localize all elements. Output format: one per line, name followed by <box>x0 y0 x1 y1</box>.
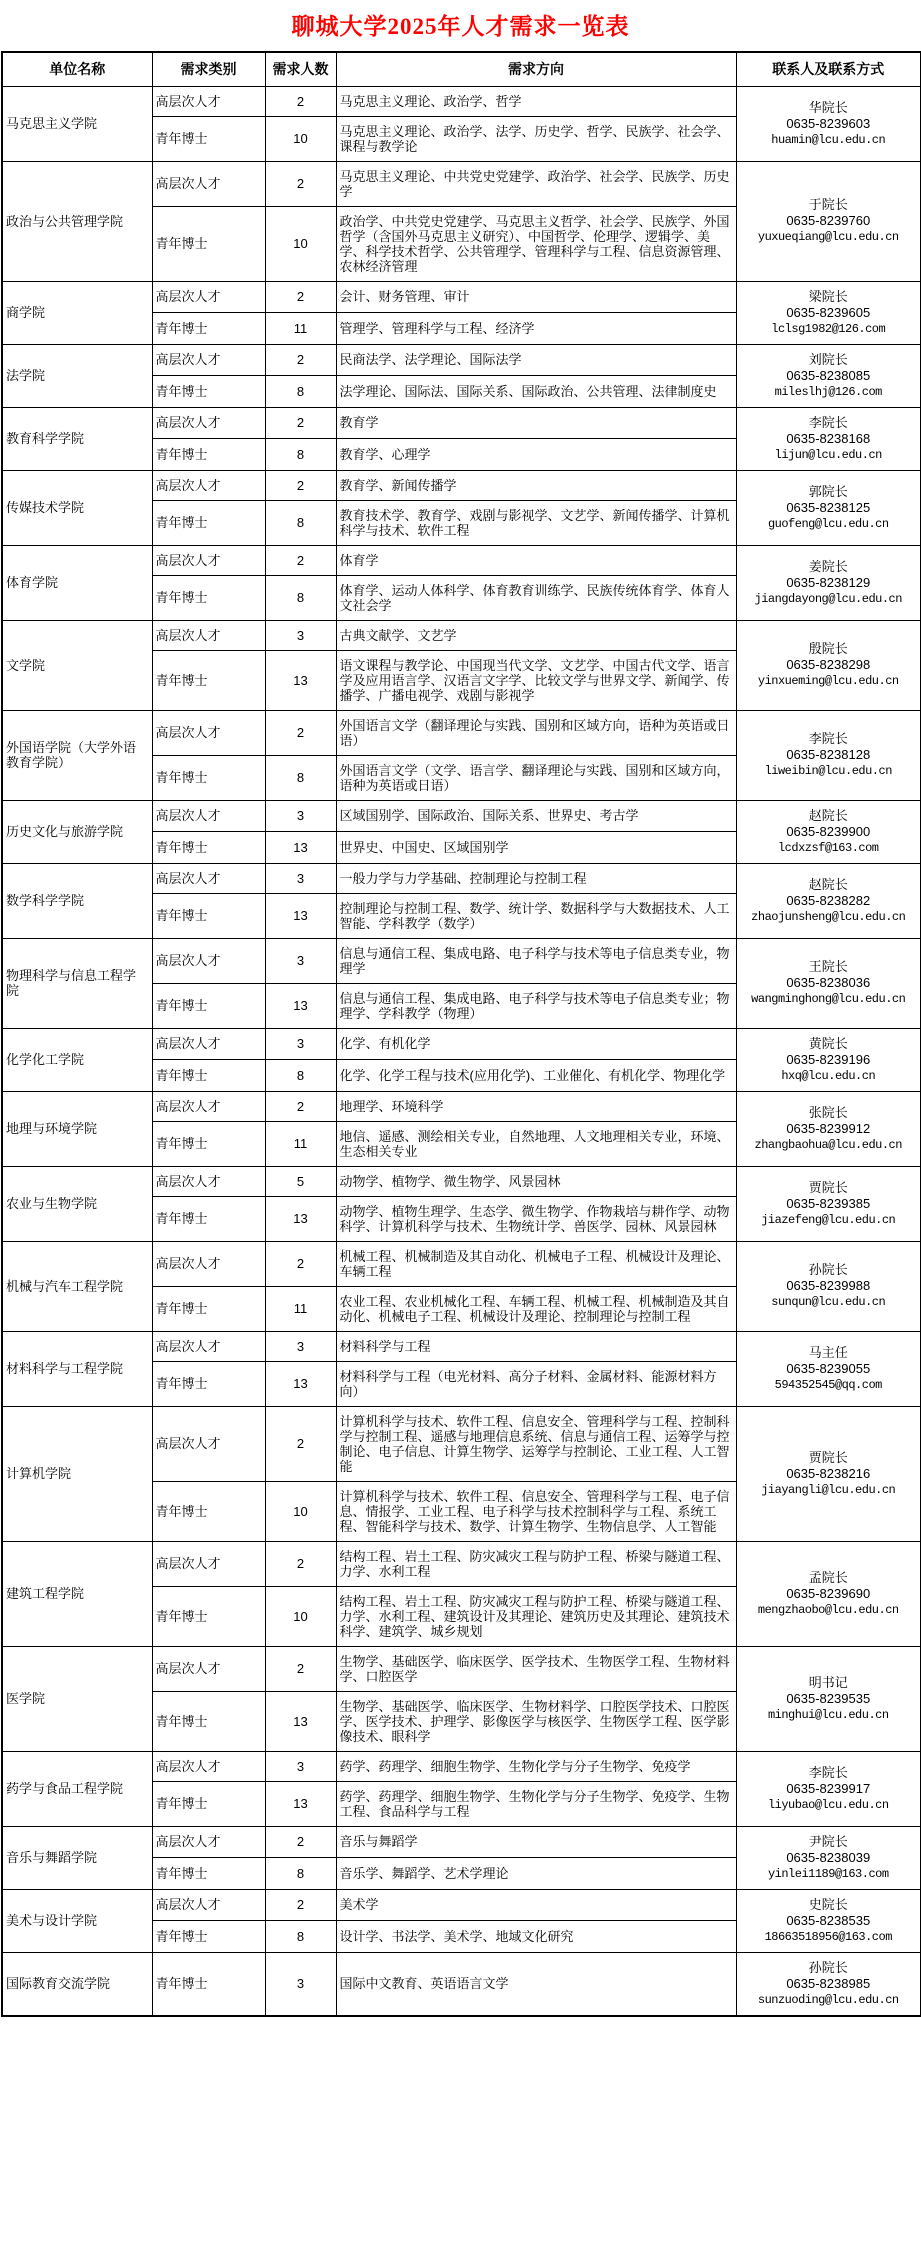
unit-name-cell: 法学院 <box>2 344 152 407</box>
table-row: 物理科学与信息工程学院高层次人才3信息与通信工程、集成电路、电子科学与技术等电子… <box>2 938 921 983</box>
demand-count-cell: 2 <box>265 1541 336 1586</box>
unit-name-cell: 政治与公共管理学院 <box>2 161 152 281</box>
contact-cell: 张院长0635-8239912zhangbaohua@lcu.edu.cn <box>736 1091 921 1166</box>
contact-person: 贾院长 <box>740 1450 918 1466</box>
contact-email: lijun@lcu.edu.cn <box>740 447 918 463</box>
contact-phone: 0635-8238298 <box>740 657 918 673</box>
table-row: 马克思主义学院高层次人才2马克思主义理论、政治学、哲学华院长0635-82396… <box>2 86 921 116</box>
demand-count-cell: 10 <box>265 206 336 281</box>
contact-phone: 0635-8239385 <box>740 1196 918 1212</box>
demand-direction-cell: 教育学 <box>336 407 736 439</box>
contact-person: 姜院长 <box>740 559 918 575</box>
table-header-row: 单位名称 需求类别 需求人数 需求方向 联系人及联系方式 <box>2 52 921 86</box>
contact-person: 史院长 <box>740 1897 918 1913</box>
table-row: 建筑工程学院高层次人才2结构工程、岩土工程、防灾减灾工程与防护工程、桥梁与隧道工… <box>2 1541 921 1586</box>
demand-direction-cell: 体育学、运动人体科学、体育教育训练学、民族传统体育学、体育人文社会学 <box>336 575 736 620</box>
demand-category-cell: 高层次人才 <box>152 407 265 439</box>
demand-direction-cell: 信息与通信工程、集成电路、电子科学与技术等电子信息类专业；物理学、学科教学（物理… <box>336 983 736 1028</box>
demand-direction-cell: 世界史、中国史、区域国别学 <box>336 832 736 864</box>
contact-person: 赵院长 <box>740 877 918 893</box>
contact-phone: 0635-8239988 <box>740 1278 918 1294</box>
demand-direction-cell: 体育学 <box>336 545 736 575</box>
table-row: 法学院高层次人才2民商法学、法学理论、国际法学刘院长0635-8238085mi… <box>2 344 921 376</box>
contact-person: 黄院长 <box>740 1036 918 1052</box>
unit-name-cell: 农业与生物学院 <box>2 1166 152 1241</box>
demand-count-cell: 8 <box>265 500 336 545</box>
contact-email: mengzhaobo@lcu.edu.cn <box>740 1602 918 1618</box>
contact-email: wangminghong@lcu.edu.cn <box>740 991 918 1007</box>
demand-category-cell: 高层次人才 <box>152 1406 265 1481</box>
demand-category-cell: 青年博士 <box>152 1858 265 1890</box>
contact-cell: 华院长0635-8239603huamin@lcu.edu.cn <box>736 86 921 161</box>
contact-phone: 0635-8238125 <box>740 500 918 516</box>
contact-person: 郭院长 <box>740 484 918 500</box>
unit-name-cell: 商学院 <box>2 281 152 344</box>
demand-count-cell: 11 <box>265 1286 336 1331</box>
demand-count-cell: 2 <box>265 545 336 575</box>
demand-category-cell: 青年博士 <box>152 1060 265 1092</box>
demand-direction-cell: 控制理论与控制工程、数学、统计学、数据科学与大数据技术、人工智能、学科教学（数学… <box>336 893 736 938</box>
demand-count-cell: 2 <box>265 1241 336 1286</box>
demand-direction-cell: 药学、药理学、细胞生物学、生物化学与分子生物学、免疫学、生物工程、食品科学与工程 <box>336 1781 736 1826</box>
contact-cell: 刘院长0635-8238085mileslhj@126.com <box>736 344 921 407</box>
demand-direction-cell: 地理学、环境科学 <box>336 1091 736 1121</box>
contact-phone: 0635-8238985 <box>740 1976 918 1992</box>
demand-category-cell: 青年博士 <box>152 1121 265 1166</box>
demand-count-cell: 8 <box>265 1921 336 1953</box>
demand-category-cell: 青年博士 <box>152 1481 265 1541</box>
demand-direction-cell: 材料科学与工程 <box>336 1331 736 1361</box>
demand-category-cell: 高层次人才 <box>152 1241 265 1286</box>
demand-count-cell: 11 <box>265 313 336 345</box>
contact-person: 尹院长 <box>740 1834 918 1850</box>
demand-count-cell: 2 <box>265 470 336 500</box>
contact-cell: 马主任0635-8239055594352545@qq.com <box>736 1331 921 1406</box>
contact-person: 殷院长 <box>740 641 918 657</box>
contact-email: sunqun@lcu.edu.cn <box>740 1294 918 1310</box>
unit-name-cell: 物理科学与信息工程学院 <box>2 938 152 1028</box>
contact-phone: 0635-8239760 <box>740 213 918 229</box>
demand-count-cell: 3 <box>265 1028 336 1060</box>
contact-phone: 0635-8238036 <box>740 975 918 991</box>
table-row: 音乐与舞蹈学院高层次人才2音乐与舞蹈学尹院长0635-8238039yinlei… <box>2 1826 921 1858</box>
demand-category-cell: 高层次人才 <box>152 800 265 832</box>
contact-cell: 梁院长0635-8239605lclsg1982@126.com <box>736 281 921 344</box>
demand-category-cell: 高层次人才 <box>152 344 265 376</box>
header-contact: 联系人及联系方式 <box>736 52 921 86</box>
demand-direction-cell: 动物学、植物学、微生物学、风景园林 <box>336 1166 736 1196</box>
demand-count-cell: 11 <box>265 1121 336 1166</box>
demand-count-cell: 10 <box>265 116 336 161</box>
demand-count-cell: 13 <box>265 1781 336 1826</box>
demand-direction-cell: 国际中文教育、英语语言文学 <box>336 1952 736 2016</box>
demand-category-cell: 高层次人才 <box>152 1826 265 1858</box>
contact-email: jiazefeng@lcu.edu.cn <box>740 1212 918 1228</box>
contact-email: guofeng@lcu.edu.cn <box>740 516 918 532</box>
contact-phone: 0635-8239900 <box>740 824 918 840</box>
contact-phone: 0635-8239603 <box>740 116 918 132</box>
demand-direction-cell: 计算机科学与技术、软件工程、信息安全、管理科学与工程、控制科学与控制工程、遥感与… <box>336 1406 736 1481</box>
talent-requirements-table: 单位名称 需求类别 需求人数 需求方向 联系人及联系方式 马克思主义学院高层次人… <box>1 51 921 2017</box>
demand-count-cell: 3 <box>265 800 336 832</box>
unit-name-cell: 外国语学院（大学外语教育学院） <box>2 710 152 800</box>
demand-count-cell: 3 <box>265 1331 336 1361</box>
table-row: 政治与公共管理学院高层次人才2马克思主义理论、中共党史党建学、政治学、社会学、民… <box>2 161 921 206</box>
page: 聊城大学2025年人才需求一览表 单位名称 需求类别 需求人数 需求方向 联系人… <box>0 0 921 2017</box>
demand-count-cell: 2 <box>265 1406 336 1481</box>
contact-email: hxq@lcu.edu.cn <box>740 1068 918 1084</box>
table-row: 药学与食品工程学院高层次人才3药学、药理学、细胞生物学、生物化学与分子生物学、免… <box>2 1751 921 1781</box>
header-demand-category: 需求类别 <box>152 52 265 86</box>
demand-direction-cell: 政治学、中共党史党建学、马克思主义哲学、社会学、民族学、外国哲学（含国外马克思主… <box>336 206 736 281</box>
contact-email: zhangbaohua@lcu.edu.cn <box>740 1137 918 1153</box>
demand-category-cell: 青年博士 <box>152 650 265 710</box>
contact-person: 李院长 <box>740 731 918 747</box>
contact-cell: 李院长0635-8238128liweibin@lcu.edu.cn <box>736 710 921 800</box>
table-header: 单位名称 需求类别 需求人数 需求方向 联系人及联系方式 <box>2 52 921 86</box>
demand-count-cell: 2 <box>265 407 336 439</box>
table-row: 材料科学与工程学院高层次人才3材料科学与工程马主任0635-8239055594… <box>2 1331 921 1361</box>
demand-count-cell: 13 <box>265 1196 336 1241</box>
requirements-table-body: 马克思主义学院高层次人才2马克思主义理论、政治学、哲学华院长0635-82396… <box>2 86 921 2016</box>
contact-person: 梁院长 <box>740 289 918 305</box>
unit-name-cell: 数学科学学院 <box>2 863 152 938</box>
demand-category-cell: 高层次人才 <box>152 1751 265 1781</box>
contact-person: 赵院长 <box>740 808 918 824</box>
demand-count-cell: 5 <box>265 1166 336 1196</box>
demand-category-cell: 高层次人才 <box>152 620 265 650</box>
table-row: 文学院高层次人才3古典文献学、文艺学殷院长0635-8238298yinxuem… <box>2 620 921 650</box>
demand-count-cell: 2 <box>265 1826 336 1858</box>
demand-direction-cell: 美术学 <box>336 1889 736 1921</box>
demand-count-cell: 2 <box>265 86 336 116</box>
unit-name-cell: 传媒技术学院 <box>2 470 152 545</box>
contact-phone: 0635-8238085 <box>740 368 918 384</box>
demand-count-cell: 13 <box>265 893 336 938</box>
demand-direction-cell: 法学理论、国际法、国际关系、国际政治、公共管理、法律制度史 <box>336 376 736 408</box>
demand-count-cell: 2 <box>265 281 336 313</box>
contact-phone: 0635-8239690 <box>740 1586 918 1602</box>
demand-count-cell: 8 <box>265 755 336 800</box>
demand-category-cell: 高层次人才 <box>152 86 265 116</box>
demand-category-cell: 青年博士 <box>152 755 265 800</box>
unit-name-cell: 历史文化与旅游学院 <box>2 800 152 863</box>
unit-name-cell: 建筑工程学院 <box>2 1541 152 1646</box>
unit-name-cell: 机械与汽车工程学院 <box>2 1241 152 1331</box>
contact-email: liyubao@lcu.edu.cn <box>740 1797 918 1813</box>
contact-person: 孙院长 <box>740 1960 918 1976</box>
demand-count-cell: 3 <box>265 863 336 893</box>
contact-phone: 0635-8239605 <box>740 305 918 321</box>
contact-cell: 史院长0635-823853518663518956@163.com <box>736 1889 921 1952</box>
demand-category-cell: 青年博士 <box>152 1691 265 1751</box>
contact-cell: 孟院长0635-8239690mengzhaobo@lcu.edu.cn <box>736 1541 921 1646</box>
demand-direction-cell: 音乐与舞蹈学 <box>336 1826 736 1858</box>
contact-person: 华院长 <box>740 100 918 116</box>
demand-category-cell: 青年博士 <box>152 575 265 620</box>
demand-category-cell: 高层次人才 <box>152 1541 265 1586</box>
demand-direction-cell: 化学、化学工程与技术(应用化学)、工业催化、有机化学、物理化学 <box>336 1060 736 1092</box>
contact-cell: 赵院长0635-8238282zhaojunsheng@lcu.edu.cn <box>736 863 921 938</box>
demand-category-cell: 青年博士 <box>152 1361 265 1406</box>
demand-category-cell: 青年博士 <box>152 313 265 345</box>
contact-email: yinxueming@lcu.edu.cn <box>740 673 918 689</box>
unit-name-cell: 文学院 <box>2 620 152 710</box>
demand-count-cell: 2 <box>265 161 336 206</box>
demand-direction-cell: 马克思主义理论、政治学、哲学 <box>336 86 736 116</box>
demand-category-cell: 高层次人才 <box>152 1646 265 1691</box>
demand-direction-cell: 教育学、新闻传播学 <box>336 470 736 500</box>
unit-name-cell: 地理与环境学院 <box>2 1091 152 1166</box>
demand-direction-cell: 外国语言文学（翻译理论与实践、国别和区域方向，语种为英语或日语） <box>336 710 736 755</box>
demand-direction-cell: 管理学、管理科学与工程、经济学 <box>336 313 736 345</box>
contact-email: minghui@lcu.edu.cn <box>740 1707 918 1723</box>
contact-cell: 尹院长0635-8238039yinlei1189@163.com <box>736 1826 921 1889</box>
contact-phone: 0635-8238039 <box>740 1850 918 1866</box>
table-row: 农业与生物学院高层次人才5动物学、植物学、微生物学、风景园林贾院长0635-82… <box>2 1166 921 1196</box>
unit-name-cell: 化学化工学院 <box>2 1028 152 1091</box>
demand-direction-cell: 马克思主义理论、政治学、法学、历史学、哲学、民族学、社会学、课程与教学论 <box>336 116 736 161</box>
contact-phone: 0635-8238216 <box>740 1466 918 1482</box>
demand-count-cell: 10 <box>265 1481 336 1541</box>
demand-category-cell: 高层次人才 <box>152 161 265 206</box>
demand-category-cell: 高层次人才 <box>152 863 265 893</box>
contact-person: 刘院长 <box>740 352 918 368</box>
contact-phone: 0635-8239912 <box>740 1121 918 1137</box>
header-demand-count: 需求人数 <box>265 52 336 86</box>
contact-phone: 0635-8238282 <box>740 893 918 909</box>
unit-name-cell: 医学院 <box>2 1646 152 1751</box>
contact-cell: 赵院长0635-8239900lcdxzsf@163.com <box>736 800 921 863</box>
contact-email: 18663518956@163.com <box>740 1929 918 1945</box>
demand-direction-cell: 一般力学与力学基础、控制理论与控制工程 <box>336 863 736 893</box>
demand-count-cell: 2 <box>265 1889 336 1921</box>
contact-email: lcdxzsf@163.com <box>740 840 918 856</box>
unit-name-cell: 教育科学学院 <box>2 407 152 470</box>
unit-name-cell: 音乐与舞蹈学院 <box>2 1826 152 1889</box>
table-row: 地理与环境学院高层次人才2地理学、环境科学张院长0635-8239912zhan… <box>2 1091 921 1121</box>
demand-count-cell: 8 <box>265 1060 336 1092</box>
demand-category-cell: 高层次人才 <box>152 281 265 313</box>
demand-direction-cell: 生物学、基础医学、临床医学、医学技术、生物医学工程、生物材料学、口腔医学 <box>336 1646 736 1691</box>
contact-cell: 姜院长0635-8238129jiangdayong@lcu.edu.cn <box>736 545 921 620</box>
unit-name-cell: 国际教育交流学院 <box>2 1952 152 2016</box>
demand-count-cell: 2 <box>265 344 336 376</box>
demand-direction-cell: 音乐学、舞蹈学、艺术学理论 <box>336 1858 736 1890</box>
demand-direction-cell: 结构工程、岩土工程、防灾减灾工程与防护工程、桥梁与隧道工程、力学、水利工程 <box>336 1541 736 1586</box>
contact-cell: 黄院长0635-8239196hxq@lcu.edu.cn <box>736 1028 921 1091</box>
demand-category-cell: 青年博士 <box>152 983 265 1028</box>
demand-direction-cell: 化学、有机化学 <box>336 1028 736 1060</box>
contact-person: 于院长 <box>740 197 918 213</box>
contact-email: liweibin@lcu.edu.cn <box>740 763 918 779</box>
contact-email: yuxueqiang@lcu.edu.cn <box>740 229 918 245</box>
demand-direction-cell: 外国语言文学（文学、语言学、翻译理论与实践、国别和区域方向，语种为英语或日语） <box>336 755 736 800</box>
contact-person: 孟院长 <box>740 1570 918 1586</box>
demand-direction-cell: 农业工程、农业机械化工程、车辆工程、机械工程、机械制造及其自动化、机械电子工程、… <box>336 1286 736 1331</box>
contact-phone: 0635-8239917 <box>740 1781 918 1797</box>
demand-direction-cell: 生物学、基础医学、临床医学、生物材料学、口腔医学技术、口腔医学、医学技术、护理学… <box>336 1691 736 1751</box>
demand-count-cell: 13 <box>265 650 336 710</box>
contact-cell: 李院长0635-8239917liyubao@lcu.edu.cn <box>736 1751 921 1826</box>
contact-cell: 孙院长0635-8239988sunqun@lcu.edu.cn <box>736 1241 921 1331</box>
demand-category-cell: 高层次人才 <box>152 1889 265 1921</box>
contact-cell: 殷院长0635-8238298yinxueming@lcu.edu.cn <box>736 620 921 710</box>
table-row: 传媒技术学院高层次人才2教育学、新闻传播学郭院长0635-8238125guof… <box>2 470 921 500</box>
demand-count-cell: 3 <box>265 620 336 650</box>
demand-count-cell: 8 <box>265 439 336 471</box>
contact-person: 王院长 <box>740 959 918 975</box>
demand-count-cell: 2 <box>265 710 336 755</box>
contact-phone: 0635-8238168 <box>740 431 918 447</box>
demand-direction-cell: 语文课程与教学论、中国现当代文学、文艺学、中国古代文学、语言学及应用语言学、汉语… <box>336 650 736 710</box>
demand-direction-cell: 教育技术学、教育学、戏剧与影视学、文艺学、新闻传播学、计算机科学与技术、软件工程 <box>336 500 736 545</box>
demand-direction-cell: 药学、药理学、细胞生物学、生物化学与分子生物学、免疫学 <box>336 1751 736 1781</box>
demand-count-cell: 13 <box>265 1691 336 1751</box>
demand-category-cell: 青年博士 <box>152 206 265 281</box>
unit-name-cell: 体育学院 <box>2 545 152 620</box>
unit-name-cell: 计算机学院 <box>2 1406 152 1541</box>
unit-name-cell: 美术与设计学院 <box>2 1889 152 1952</box>
demand-count-cell: 10 <box>265 1586 336 1646</box>
demand-count-cell: 8 <box>265 575 336 620</box>
demand-direction-cell: 马克思主义理论、中共党史党建学、政治学、社会学、民族学、历史学 <box>336 161 736 206</box>
demand-count-cell: 3 <box>265 1751 336 1781</box>
contact-phone: 0635-8238129 <box>740 575 918 591</box>
contact-person: 孙院长 <box>740 1262 918 1278</box>
demand-direction-cell: 古典文献学、文艺学 <box>336 620 736 650</box>
demand-direction-cell: 结构工程、岩土工程、防灾减灾工程与防护工程、桥梁与隧道工程、力学、水利工程、建筑… <box>336 1586 736 1646</box>
demand-count-cell: 13 <box>265 832 336 864</box>
contact-email: 594352545@qq.com <box>740 1377 918 1393</box>
demand-category-cell: 青年博士 <box>152 1952 265 2016</box>
contact-person: 李院长 <box>740 415 918 431</box>
table-row: 历史文化与旅游学院高层次人才3区域国别学、国际政治、国际关系、世界史、考古学赵院… <box>2 800 921 832</box>
demand-count-cell: 2 <box>265 1646 336 1691</box>
demand-category-cell: 青年博士 <box>152 1921 265 1953</box>
demand-category-cell: 高层次人才 <box>152 1028 265 1060</box>
demand-count-cell: 3 <box>265 938 336 983</box>
demand-category-cell: 高层次人才 <box>152 1331 265 1361</box>
demand-direction-cell: 信息与通信工程、集成电路、电子科学与技术等电子信息类专业，物理学 <box>336 938 736 983</box>
demand-category-cell: 青年博士 <box>152 376 265 408</box>
contact-cell: 贾院长0635-8239385jiazefeng@lcu.edu.cn <box>736 1166 921 1241</box>
contact-cell: 明书记0635-8239535minghui@lcu.edu.cn <box>736 1646 921 1751</box>
contact-phone: 0635-8239196 <box>740 1052 918 1068</box>
contact-email: jiangdayong@lcu.edu.cn <box>740 591 918 607</box>
contact-phone: 0635-8238535 <box>740 1913 918 1929</box>
demand-direction-cell: 民商法学、法学理论、国际法学 <box>336 344 736 376</box>
contact-cell: 郭院长0635-8238125guofeng@lcu.edu.cn <box>736 470 921 545</box>
header-demand-direction: 需求方向 <box>336 52 736 86</box>
demand-direction-cell: 机械工程、机械制造及其自动化、机械电子工程、机械设计及理论、车辆工程 <box>336 1241 736 1286</box>
demand-direction-cell: 计算机科学与技术、软件工程、信息安全、管理科学与工程、电子信息、情报学、工业工程… <box>336 1481 736 1541</box>
contact-email: zhaojunsheng@lcu.edu.cn <box>740 909 918 925</box>
demand-category-cell: 青年博士 <box>152 1586 265 1646</box>
contact-phone: 0635-8239535 <box>740 1691 918 1707</box>
demand-count-cell: 2 <box>265 1091 336 1121</box>
table-row: 计算机学院高层次人才2计算机科学与技术、软件工程、信息安全、管理科学与工程、控制… <box>2 1406 921 1481</box>
contact-person: 明书记 <box>740 1675 918 1691</box>
unit-name-cell: 材料科学与工程学院 <box>2 1331 152 1406</box>
table-row: 外国语学院（大学外语教育学院）高层次人才2外国语言文学（翻译理论与实践、国别和区… <box>2 710 921 755</box>
demand-category-cell: 青年博士 <box>152 1196 265 1241</box>
demand-category-cell: 青年博士 <box>152 500 265 545</box>
table-row: 医学院高层次人才2生物学、基础医学、临床医学、医学技术、生物医学工程、生物材料学… <box>2 1646 921 1691</box>
header-unit-name: 单位名称 <box>2 52 152 86</box>
table-row: 化学化工学院高层次人才3化学、有机化学黄院长0635-8239196hxq@lc… <box>2 1028 921 1060</box>
demand-category-cell: 青年博士 <box>152 439 265 471</box>
demand-count-cell: 8 <box>265 1858 336 1890</box>
table-row: 机械与汽车工程学院高层次人才2机械工程、机械制造及其自动化、机械电子工程、机械设… <box>2 1241 921 1286</box>
demand-direction-cell: 动物学、植物生理学、生态学、微生物学、作物栽培与耕作学、动物科学、计算机科学与技… <box>336 1196 736 1241</box>
contact-person: 张院长 <box>740 1105 918 1121</box>
contact-phone: 0635-8238128 <box>740 747 918 763</box>
table-row: 国际教育交流学院青年博士3国际中文教育、英语语言文学孙院长0635-823898… <box>2 1952 921 2016</box>
demand-direction-cell: 教育学、心理学 <box>336 439 736 471</box>
contact-cell: 于院长0635-8239760yuxueqiang@lcu.edu.cn <box>736 161 921 281</box>
contact-email: yinlei1189@163.com <box>740 1866 918 1882</box>
demand-count-cell: 3 <box>265 1952 336 2016</box>
unit-name-cell: 马克思主义学院 <box>2 86 152 161</box>
table-row: 体育学院高层次人才2体育学姜院长0635-8238129jiangdayong@… <box>2 545 921 575</box>
contact-email: sunzuoding@lcu.edu.cn <box>740 1992 918 2008</box>
demand-category-cell: 青年博士 <box>152 832 265 864</box>
unit-name-cell: 药学与食品工程学院 <box>2 1751 152 1826</box>
demand-category-cell: 高层次人才 <box>152 1091 265 1121</box>
demand-direction-cell: 设计学、书法学、美术学、地域文化研究 <box>336 1921 736 1953</box>
contact-person: 贾院长 <box>740 1180 918 1196</box>
demand-category-cell: 青年博士 <box>152 1286 265 1331</box>
table-row: 数学科学学院高层次人才3一般力学与力学基础、控制理论与控制工程赵院长0635-8… <box>2 863 921 893</box>
contact-email: lclsg1982@126.com <box>740 321 918 337</box>
table-row: 商学院高层次人才2会计、财务管理、审计梁院长0635-8239605lclsg1… <box>2 281 921 313</box>
demand-count-cell: 8 <box>265 376 336 408</box>
contact-email: huamin@lcu.edu.cn <box>740 132 918 148</box>
demand-count-cell: 13 <box>265 983 336 1028</box>
contact-person: 李院长 <box>740 1765 918 1781</box>
demand-category-cell: 高层次人才 <box>152 710 265 755</box>
demand-direction-cell: 区域国别学、国际政治、国际关系、世界史、考古学 <box>336 800 736 832</box>
demand-category-cell: 高层次人才 <box>152 470 265 500</box>
contact-cell: 孙院长0635-8238985sunzuoding@lcu.edu.cn <box>736 1952 921 2016</box>
demand-direction-cell: 材料科学与工程（电光材料、高分子材料、金属材料、能源材料方向） <box>336 1361 736 1406</box>
demand-direction-cell: 会计、财务管理、审计 <box>336 281 736 313</box>
contact-phone: 0635-8239055 <box>740 1361 918 1377</box>
contact-cell: 王院长0635-8238036wangminghong@lcu.edu.cn <box>736 938 921 1028</box>
page-title: 聊城大学2025年人才需求一览表 <box>0 0 921 51</box>
table-row: 美术与设计学院高层次人才2美术学史院长0635-8238535186635189… <box>2 1889 921 1921</box>
demand-category-cell: 青年博士 <box>152 1781 265 1826</box>
demand-category-cell: 高层次人才 <box>152 545 265 575</box>
demand-category-cell: 青年博士 <box>152 116 265 161</box>
contact-email: jiayangli@lcu.edu.cn <box>740 1482 918 1498</box>
demand-category-cell: 高层次人才 <box>152 938 265 983</box>
demand-count-cell: 13 <box>265 1361 336 1406</box>
contact-cell: 李院长0635-8238168lijun@lcu.edu.cn <box>736 407 921 470</box>
table-row: 教育科学学院高层次人才2教育学李院长0635-8238168lijun@lcu.… <box>2 407 921 439</box>
demand-category-cell: 高层次人才 <box>152 1166 265 1196</box>
contact-email: mileslhj@126.com <box>740 384 918 400</box>
contact-person: 马主任 <box>740 1345 918 1361</box>
contact-cell: 贾院长0635-8238216jiayangli@lcu.edu.cn <box>736 1406 921 1541</box>
demand-category-cell: 青年博士 <box>152 893 265 938</box>
demand-direction-cell: 地信、遥感、测绘相关专业，自然地理、人文地理相关专业，环境、生态相关专业 <box>336 1121 736 1166</box>
